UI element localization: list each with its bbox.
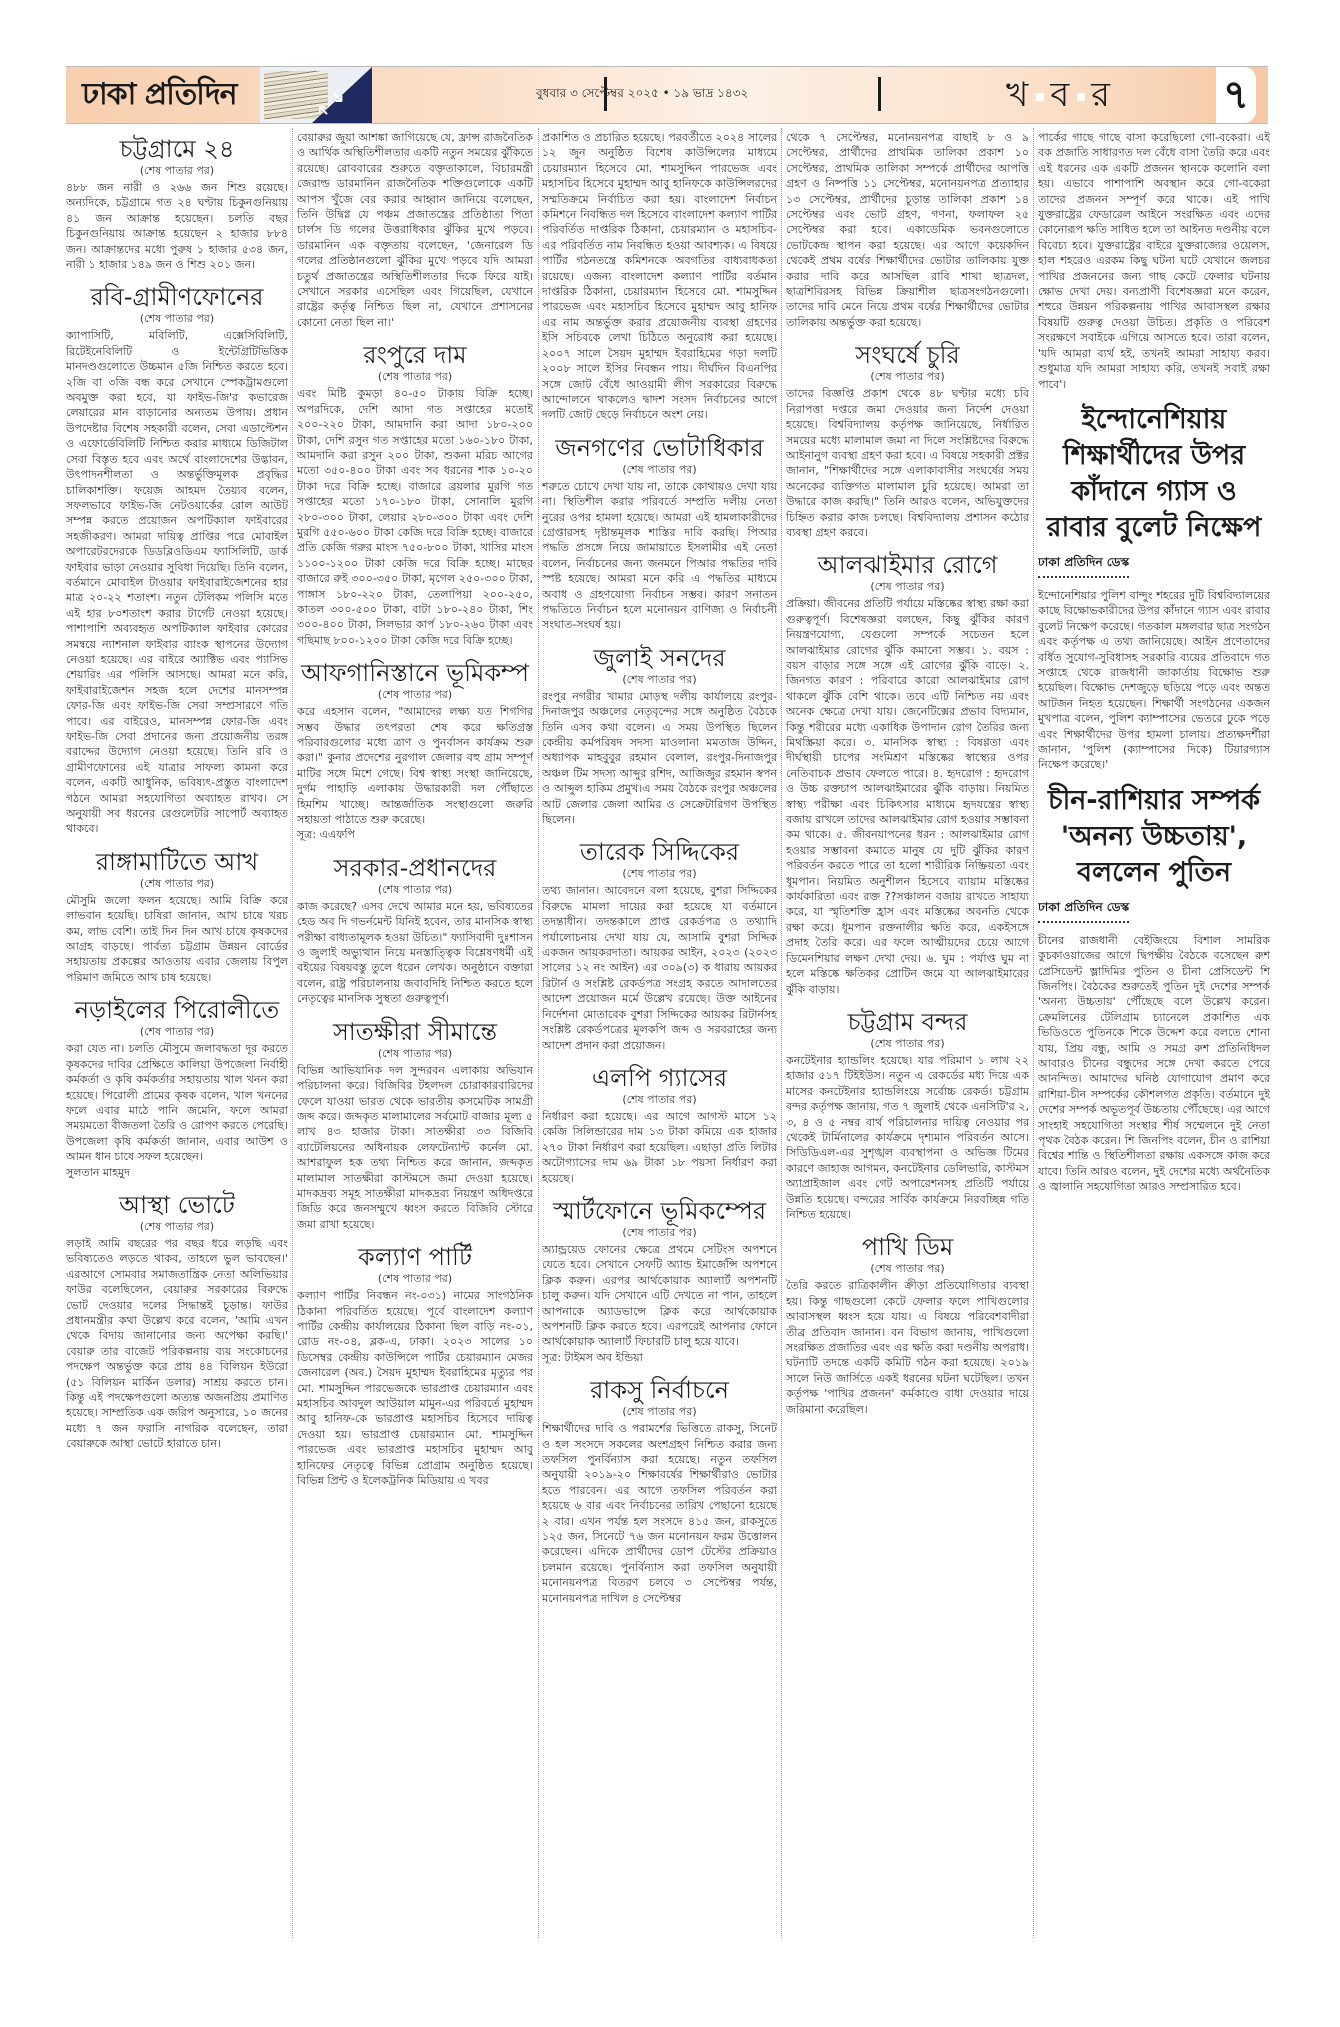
article-body: বেয়ারুর জুয়া আশঙ্কা জাগিয়েছে যে, ফ্রা… <box>297 130 533 330</box>
article-body: করে এহসান বলেন, "আমাদের লক্ষ্য যত শিগগির… <box>297 704 533 827</box>
continued-label: (শেষ পাতার পর) <box>542 673 777 687</box>
article-headline[interactable]: এলপি গ্যাসের <box>542 1063 777 1093</box>
article-headline[interactable]: স্মার্টফোনে ভূমিকম্পের <box>542 1196 777 1226</box>
article-headline[interactable]: পাখি ডিম <box>786 1232 1029 1262</box>
separator-dot <box>1077 93 1085 101</box>
article-source: সূত্র: এএফপি <box>297 827 533 842</box>
article-headline[interactable]: রংপুরে দাম <box>297 340 533 370</box>
continued-label: (শেষ পাতার পর) <box>66 164 288 178</box>
continued-label: (শেষ পাতার পর) <box>542 463 777 477</box>
continued-label: (শেষ পাতার পর) <box>297 688 533 702</box>
article-headline[interactable]: কল্যাণ পার্টি <box>297 1242 533 1272</box>
article-headline[interactable]: রবি-গ্রামীণফোনের <box>66 282 288 312</box>
article-body: শরুতে চোখে দেখা যায় না, তাকে কোথায়ও দে… <box>542 479 777 633</box>
masthead: ঢাকা প্রতিদিন ➜ ➜ বুধবার ৩ সেপ্টেম্বর ২০… <box>66 66 1268 124</box>
article-body: থেকে ৭ সেপ্টেম্বর, মনোনয়নপত্র বাছাই ৮ ও… <box>786 130 1029 330</box>
article-body: তথ্য জানান। আবেদনে বলা হয়েছে, বুশরা সিদ… <box>542 883 777 1052</box>
article-body: ৪৮৮ জন নারী ও ২৬৬ জন শিশু রয়েছে। অন্যদি… <box>66 180 288 272</box>
continued-label: (শেষ পাতার পর) <box>66 1025 288 1039</box>
article-source: সূত্র: টাইমস অব ইন্ডিয়া <box>542 1350 777 1365</box>
article[interactable]: চট্টগ্রাম বন্দর (শেষ পাতার পর) কনটেইনার … <box>786 1007 1029 1222</box>
continued-label: (শেষ পাতার পর) <box>66 1220 288 1234</box>
section-letter: ব <box>1050 75 1071 115</box>
boxed-article[interactable]: চীন-রাশিয়ার সম্পর্ক 'অনন্য উচ্চতায়', ব… <box>1038 783 1270 1195</box>
continued-label: (শেষ পাতার পর) <box>786 1037 1029 1051</box>
continued-label: (শেষ পাতার পর) <box>542 867 777 881</box>
newspaper-stack-icon: ➜ ➜ <box>260 67 372 123</box>
article-body: ক্যাপাসিটি, মবিলিটি, এক্সেসিবিলিটি, রিটে… <box>66 328 288 836</box>
continued-label: (শেষ পাতার পর) <box>542 1226 777 1240</box>
article-body: কাজ করেছে? এসব দেখে আমার মনে হয়, ভবিষ্য… <box>297 899 533 1007</box>
column-3: প্রকাশিত ও প্রচারিত হয়েছে। পরবর্তীতে ২০… <box>542 130 777 1945</box>
column-5: পার্কের গাছে গাছে বাসা করেছিলো গো-বকেরা।… <box>1038 130 1270 1945</box>
article-headline[interactable]: তারেক সিদ্দিকের <box>542 837 777 867</box>
column-1: চট্টগ্রামে ২৪ (শেষ পাতার পর) ৪৮৮ জন নারী… <box>66 130 288 1945</box>
article-body: অ্যান্ড্রয়েড ফোনের ক্ষেত্রে প্রথমে সেটি… <box>542 1242 777 1350</box>
article[interactable]: আলঝাইমার রোগে (শেষ পাতার পর) প্রক্রিয়া।… <box>786 550 1029 997</box>
article[interactable]: স্মার্টফোনে ভূমিকম্পের (শেষ পাতার পর) অ্… <box>542 1196 777 1365</box>
article[interactable]: রবি-গ্রামীণফোনের (শেষ পাতার পর) ক্যাপাসি… <box>66 282 288 836</box>
section-name: খবর <box>1006 69 1112 126</box>
continued-label: (শেষ পাতার পর) <box>297 370 533 384</box>
article[interactable]: সংঘর্ষে চুরি (শেষ পাতার পর) তাদের বিজ্ঞপ… <box>786 340 1029 540</box>
boxed-article[interactable]: ইন্দোনেশিয়ায় শিক্ষার্থীদের উপর কাঁদানে… <box>1038 402 1270 773</box>
article-body: কল্যাণ পার্টির নিবন্ধন নং-০৩১) নামের সাং… <box>297 1288 533 1488</box>
section-letter: র <box>1091 75 1112 115</box>
article-headline[interactable]: চট্টগ্রাম বন্দর <box>786 1007 1029 1037</box>
article-headline[interactable]: নড়াইলের পিরোলীতে <box>66 995 288 1025</box>
article-body: পার্কের গাছে গাছে বাসা করেছিলো গো-বকেরা।… <box>1038 130 1270 392</box>
article-body: শিক্ষার্থীদের দাবি ও পরামর্শের ভিত্তিতে … <box>542 1421 777 1606</box>
column-rule <box>538 128 539 1938</box>
column-rule <box>292 128 293 1938</box>
article-headline[interactable]: আস্থা ভোটে <box>66 1190 288 1220</box>
article-headline[interactable]: চট্টগ্রামে ২৪ <box>66 134 288 164</box>
dateline: বুধবার ৩ সেপ্টেম্বর ২০২৫ • ১৯ ভাদ্র ১৪৩২ <box>536 85 748 105</box>
column-2: বেয়ারুর জুয়া আশঙ্কা জাগিয়েছে যে, ফ্রা… <box>297 130 533 1945</box>
article-headline[interactable]: সরকার-প্রধানদের <box>297 853 533 883</box>
continued-label: (শেষ পাতার পর) <box>297 1047 533 1061</box>
continued-label: (শেষ পাতার পর) <box>786 580 1029 594</box>
continued-label: (শেষ পাতার পর) <box>542 1405 777 1419</box>
article-headline[interactable]: ইন্দোনেশিয়ায় শিক্ষার্থীদের উপর কাঁদানে… <box>1038 402 1270 546</box>
separator-dot <box>1036 93 1044 101</box>
article[interactable]: কল্যাণ পার্টি (শেষ পাতার পর) কল্যাণ পার্… <box>297 1242 533 1488</box>
article[interactable]: তারেক সিদ্দিকের (শেষ পাতার পর) তথ্য জানা… <box>542 837 777 1052</box>
column-rule <box>1033 128 1034 1938</box>
article[interactable]: সরকার-প্রধানদের (শেষ পাতার পর) কাজ করেছে… <box>297 853 533 1007</box>
column-4: থেকে ৭ সেপ্টেম্বর, মনোনয়নপত্র বাছাই ৮ ও… <box>786 130 1029 1945</box>
article[interactable]: নড়াইলের পিরোলীতে (শেষ পাতার পর) করা যেত… <box>66 995 288 1180</box>
article[interactable]: সাতক্ষীরা সীমান্তে (শেষ পাতার পর) বিভিন্… <box>297 1017 533 1232</box>
byline: ঢাকা প্রতিদিন ডেস্ক <box>1038 899 1129 923</box>
article-body: তাদের বিজ্ঞপ্তি প্রকাশ থেকে ৪৮ ঘণ্টার মধ… <box>786 386 1029 540</box>
article[interactable]: এলপি গ্যাসের (শেষ পাতার পর) নির্ধারণ করা… <box>542 1063 777 1186</box>
article[interactable]: থেকে ৭ সেপ্টেম্বর, মনোনয়নপত্র বাছাই ৮ ও… <box>786 130 1029 330</box>
article-headline[interactable]: আফগানিস্তানে ভূমিকম্প <box>297 658 533 688</box>
column-rule <box>781 128 782 1938</box>
article-body: কনটেইনার হ্যান্ডলিং হয়েছে। যার পরিমাণ ১… <box>786 1053 1029 1222</box>
continued-label: (শেষ পাতার পর) <box>66 877 288 891</box>
article[interactable]: জুলাই সনদের (শেষ পাতার পর) রংপুর নগরীর খ… <box>542 643 777 828</box>
page-number: ৭ <box>1216 67 1256 123</box>
article[interactable]: রংপুরে দাম (শেষ পাতার পর) এবং মিষ্টি কুম… <box>297 340 533 648</box>
article[interactable]: আফগানিস্তানে ভূমিকম্প (শেষ পাতার পর) করে… <box>297 658 533 843</box>
continued-label: (শেষ পাতার পর) <box>786 370 1029 384</box>
article-body: লড়াই আমি বছরের পর বছর ধরে লড়ছি এবং ভবি… <box>66 1236 288 1452</box>
article-body: চীনের রাজধানী বেইজিংয়ে বিশাল সামরিক কুচ… <box>1038 933 1270 1195</box>
article[interactable]: জনগণের ভোটাধিকার (শেষ পাতার পর) শরুতে চো… <box>542 433 777 633</box>
article-headline[interactable]: সাতক্ষীরা সীমান্তে <box>297 1017 533 1047</box>
article-headline[interactable]: জুলাই সনদের <box>542 643 777 673</box>
continued-label: (শেষ পাতার পর) <box>542 1093 777 1107</box>
article-body: বিভিন্ন আভিযানিক দল সুন্দরবন এলাকায় অভি… <box>297 1063 533 1232</box>
article-body: ইন্দোনেশিয়ার পুলিশ বান্দুং শহরের দুটি ব… <box>1038 588 1270 773</box>
article-body: মৌসুমি জলো ফলন হয়েছে। আমি বিক্রি করে লা… <box>66 893 288 985</box>
byline: ঢাকা প্রতিদিন ডেস্ক <box>1038 554 1129 578</box>
article[interactable]: আস্থা ভোটে (শেষ পাতার পর) লড়াই আমি বছরে… <box>66 1190 288 1452</box>
article-author: সুলতান মাহমুদ <box>66 1165 288 1180</box>
article-body: এবং মিষ্টি কুমড়া ৪০-৫০ টাকায় বিক্রি হচ… <box>297 386 533 648</box>
newspaper-logo[interactable]: ঢাকা প্রতিদিন <box>82 73 237 117</box>
article[interactable]: রাঙ্গামাটিতে আখ (শেষ পাতার পর) মৌসুমি জল… <box>66 847 288 985</box>
section-letter: খ <box>1006 75 1030 115</box>
divider <box>878 77 881 111</box>
article-body: তৈরি করতে রাত্রিকালীন ক্রীড়া প্রতিযোগিত… <box>786 1278 1029 1417</box>
article-headline[interactable]: রাকসু নির্বাচনে <box>542 1375 777 1405</box>
article[interactable]: বেয়ারুর জুয়া আশঙ্কা জাগিয়েছে যে, ফ্রা… <box>297 130 533 330</box>
article[interactable]: প্রকাশিত ও প্রচারিত হয়েছে। পরবর্তীতে ২০… <box>542 130 777 423</box>
article-headline[interactable]: সংঘর্ষে চুরি <box>786 340 1029 370</box>
continued-label: (শেষ পাতার পর) <box>297 883 533 897</box>
article-body: নির্ধারণ করা হয়েছে। এর আগে আগস্ট মাসে ১… <box>542 1109 777 1186</box>
article-body: রংপুর নগরীর খামার মোড়স্থ দলীয় কার্যালয… <box>542 689 777 828</box>
article-headline[interactable]: জনগণের ভোটাধিকার <box>542 433 777 463</box>
article[interactable]: পাখি ডিম (শেষ পাতার পর) তৈরি করতে রাত্রি… <box>786 1232 1029 1417</box>
article-body: করা যেত না। চলতি মৌসুমে জলাবদ্ধতা দূর কর… <box>66 1041 288 1164</box>
continued-label: (শেষ পাতার পর) <box>786 1262 1029 1276</box>
article-body: প্রকাশিত ও প্রচারিত হয়েছে। পরবর্তীতে ২০… <box>542 130 777 423</box>
article[interactable]: চট্টগ্রামে ২৪ (শেষ পাতার পর) ৪৮৮ জন নারী… <box>66 134 288 272</box>
continued-label: (শেষ পাতার পর) <box>66 312 288 326</box>
article-headline[interactable]: আলঝাইমার রোগে <box>786 550 1029 580</box>
article[interactable]: পার্কের গাছে গাছে বাসা করেছিলো গো-বকেরা।… <box>1038 130 1270 392</box>
article[interactable]: রাকসু নির্বাচনে (শেষ পাতার পর) শিক্ষার্থ… <box>542 1375 777 1606</box>
article-body: প্রক্রিয়া। জীবনের প্রতিটি পর্যায়ে মস্ত… <box>786 596 1029 997</box>
article-headline[interactable]: রাঙ্গামাটিতে আখ <box>66 847 288 877</box>
article-headline[interactable]: চীন-রাশিয়ার সম্পর্ক 'অনন্য উচ্চতায়', ব… <box>1038 783 1270 891</box>
continued-label: (শেষ পাতার পর) <box>297 1272 533 1286</box>
